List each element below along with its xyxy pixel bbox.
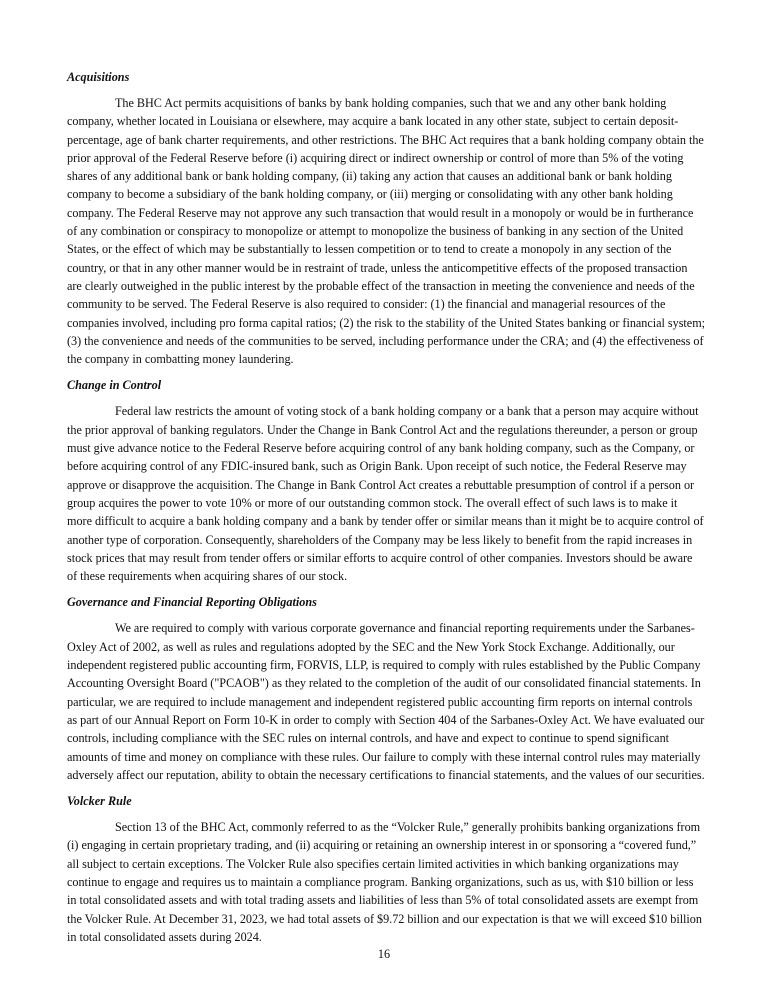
- section-volcker-rule: Volcker Rule Section 13 of the BHC Act, …: [67, 793, 705, 946]
- body-paragraph: We are required to comply with various c…: [67, 619, 705, 784]
- section-change-in-control: Change in Control Federal law restricts …: [67, 377, 705, 585]
- section-heading: Change in Control: [67, 377, 705, 393]
- section-heading: Acquisitions: [67, 69, 705, 85]
- body-paragraph: Federal law restricts the amount of voti…: [67, 402, 705, 585]
- document-page: Acquisitions The BHC Act permits acquisi…: [67, 69, 705, 955]
- section-heading: Governance and Financial Reporting Oblig…: [67, 594, 705, 610]
- section-acquisitions: Acquisitions The BHC Act permits acquisi…: [67, 69, 705, 368]
- page-number: 16: [0, 946, 768, 962]
- body-paragraph: Section 13 of the BHC Act, commonly refe…: [67, 818, 705, 946]
- section-heading: Volcker Rule: [67, 793, 705, 809]
- section-governance-financial-reporting: Governance and Financial Reporting Oblig…: [67, 594, 705, 784]
- body-paragraph: The BHC Act permits acquisitions of bank…: [67, 94, 705, 368]
